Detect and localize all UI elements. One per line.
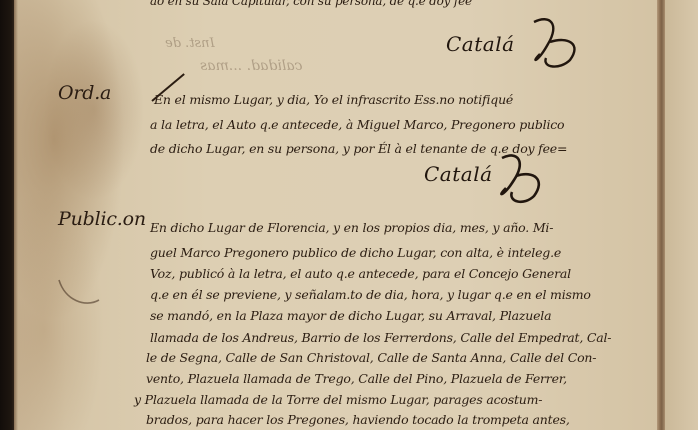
top-fragment-line: ao en su Sala Capitular, con su persona,… [150, 0, 472, 8]
entry-2-line-6: llamada de los Andreus, Barrio de los Fe… [150, 330, 611, 345]
entry-1-line-2: a la letra, el Auto q.e antecede, à Migu… [150, 117, 564, 132]
entry-1-line-1: En el mismo Lugar, y dia, Yo el infrascr… [154, 92, 513, 107]
entry-2-line-5: se mandó, en la Plaza mayor de dicho Lug… [150, 308, 551, 323]
entry-2-line-7: le de Segna, Calle de San Christoval, Ca… [146, 350, 596, 365]
margin-label-ordenanza: Ord.a [58, 82, 111, 104]
adjacent-page-edge [665, 0, 698, 430]
page-edge [14, 0, 18, 430]
entry-2-line-8: vento, Plazuela llamada de Trego, Calle … [146, 371, 567, 386]
entry-2-line-2: guel Marco Pregonero publico de dicho Lu… [150, 245, 561, 260]
page-fold [657, 0, 665, 430]
entry-2-line-10: brados, para hacer los Pregones, haviend… [146, 412, 570, 427]
signature-top: Catalá [446, 32, 515, 56]
manuscript-scan: Inst. de calidad. ...mas ao en su Sala C… [0, 0, 698, 430]
margin-label-publicacion: Public.on [58, 208, 146, 230]
bleed-through-text: Inst. de [165, 36, 215, 51]
entry-2-line-9: y Plazuela llamada de la Torre del mismo… [134, 392, 542, 407]
signature-flourish-icon [520, 14, 590, 74]
entry-2-line-1: En dicho Lugar de Florencia, y en los pr… [150, 220, 553, 235]
signature-flourish-icon [490, 152, 550, 208]
signature-entry-1: Catalá [424, 162, 493, 186]
margin-flourish-icon [55, 270, 105, 310]
entry-2-line-4: q.e en él se previene, y señalam.to de d… [150, 287, 591, 302]
entry-2-line-3: Voz, publicó à la letra, el auto q.e ant… [150, 266, 571, 281]
bleed-through-text: calidad. ...mas [200, 58, 302, 74]
